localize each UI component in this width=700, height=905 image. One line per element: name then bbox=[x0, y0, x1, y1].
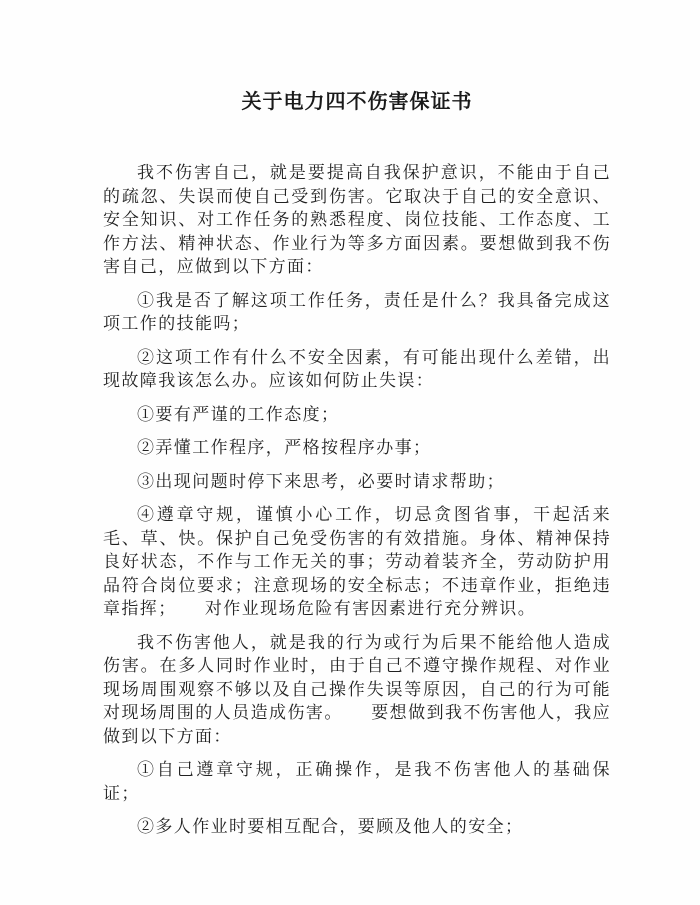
paragraph-prevent-item-3: ③出现问题时停下来思考，必要时请求帮助； bbox=[103, 470, 611, 494]
paragraph-others-item-2: ②多人作业时要相互配合，要顾及他人的安全； bbox=[103, 815, 611, 839]
paragraph-intro-self: 我不伤害自己，就是要提高自我保护意识，不能由于自己的疏忽、失误而使自己受到伤害。… bbox=[103, 161, 611, 279]
document-page: 关于电力四不伤害保证书 我不伤害自己，就是要提高自我保护意识，不能由于自己的疏忽… bbox=[0, 0, 700, 905]
paragraph-prevent-item-4: ④遵章守规，谨慎小心工作，切忌贪图省事，干起活来毛、草、快。保护自己免受伤害的有… bbox=[103, 503, 611, 621]
paragraph-self-item-2: ②这项工作有什么不安全因素，有可能出现什么差错，出现故障我该怎么办。应该如何防止… bbox=[103, 346, 611, 393]
paragraph-prevent-item-2: ②弄懂工作程序，严格按程序办事； bbox=[103, 436, 611, 460]
paragraph-self-item-1: ①我是否了解这项工作任务，责任是什么？我具备完成这项工作的技能吗； bbox=[103, 289, 611, 336]
paragraph-intro-others: 我不伤害他人，就是我的行为或行为后果不能给他人造成伤害。在多人同时作业时，由于自… bbox=[103, 631, 611, 749]
document-body: 我不伤害自己，就是要提高自我保护意识，不能由于自己的疏忽、失误而使自己受到伤害。… bbox=[103, 161, 611, 839]
paragraph-others-item-1: ①自己遵章守规，正确操作，是我不伤害他人的基础保证； bbox=[103, 758, 611, 805]
document-title: 关于电力四不伤害保证书 bbox=[103, 90, 611, 114]
paragraph-prevent-item-1: ①要有严谨的工作态度； bbox=[103, 403, 611, 427]
